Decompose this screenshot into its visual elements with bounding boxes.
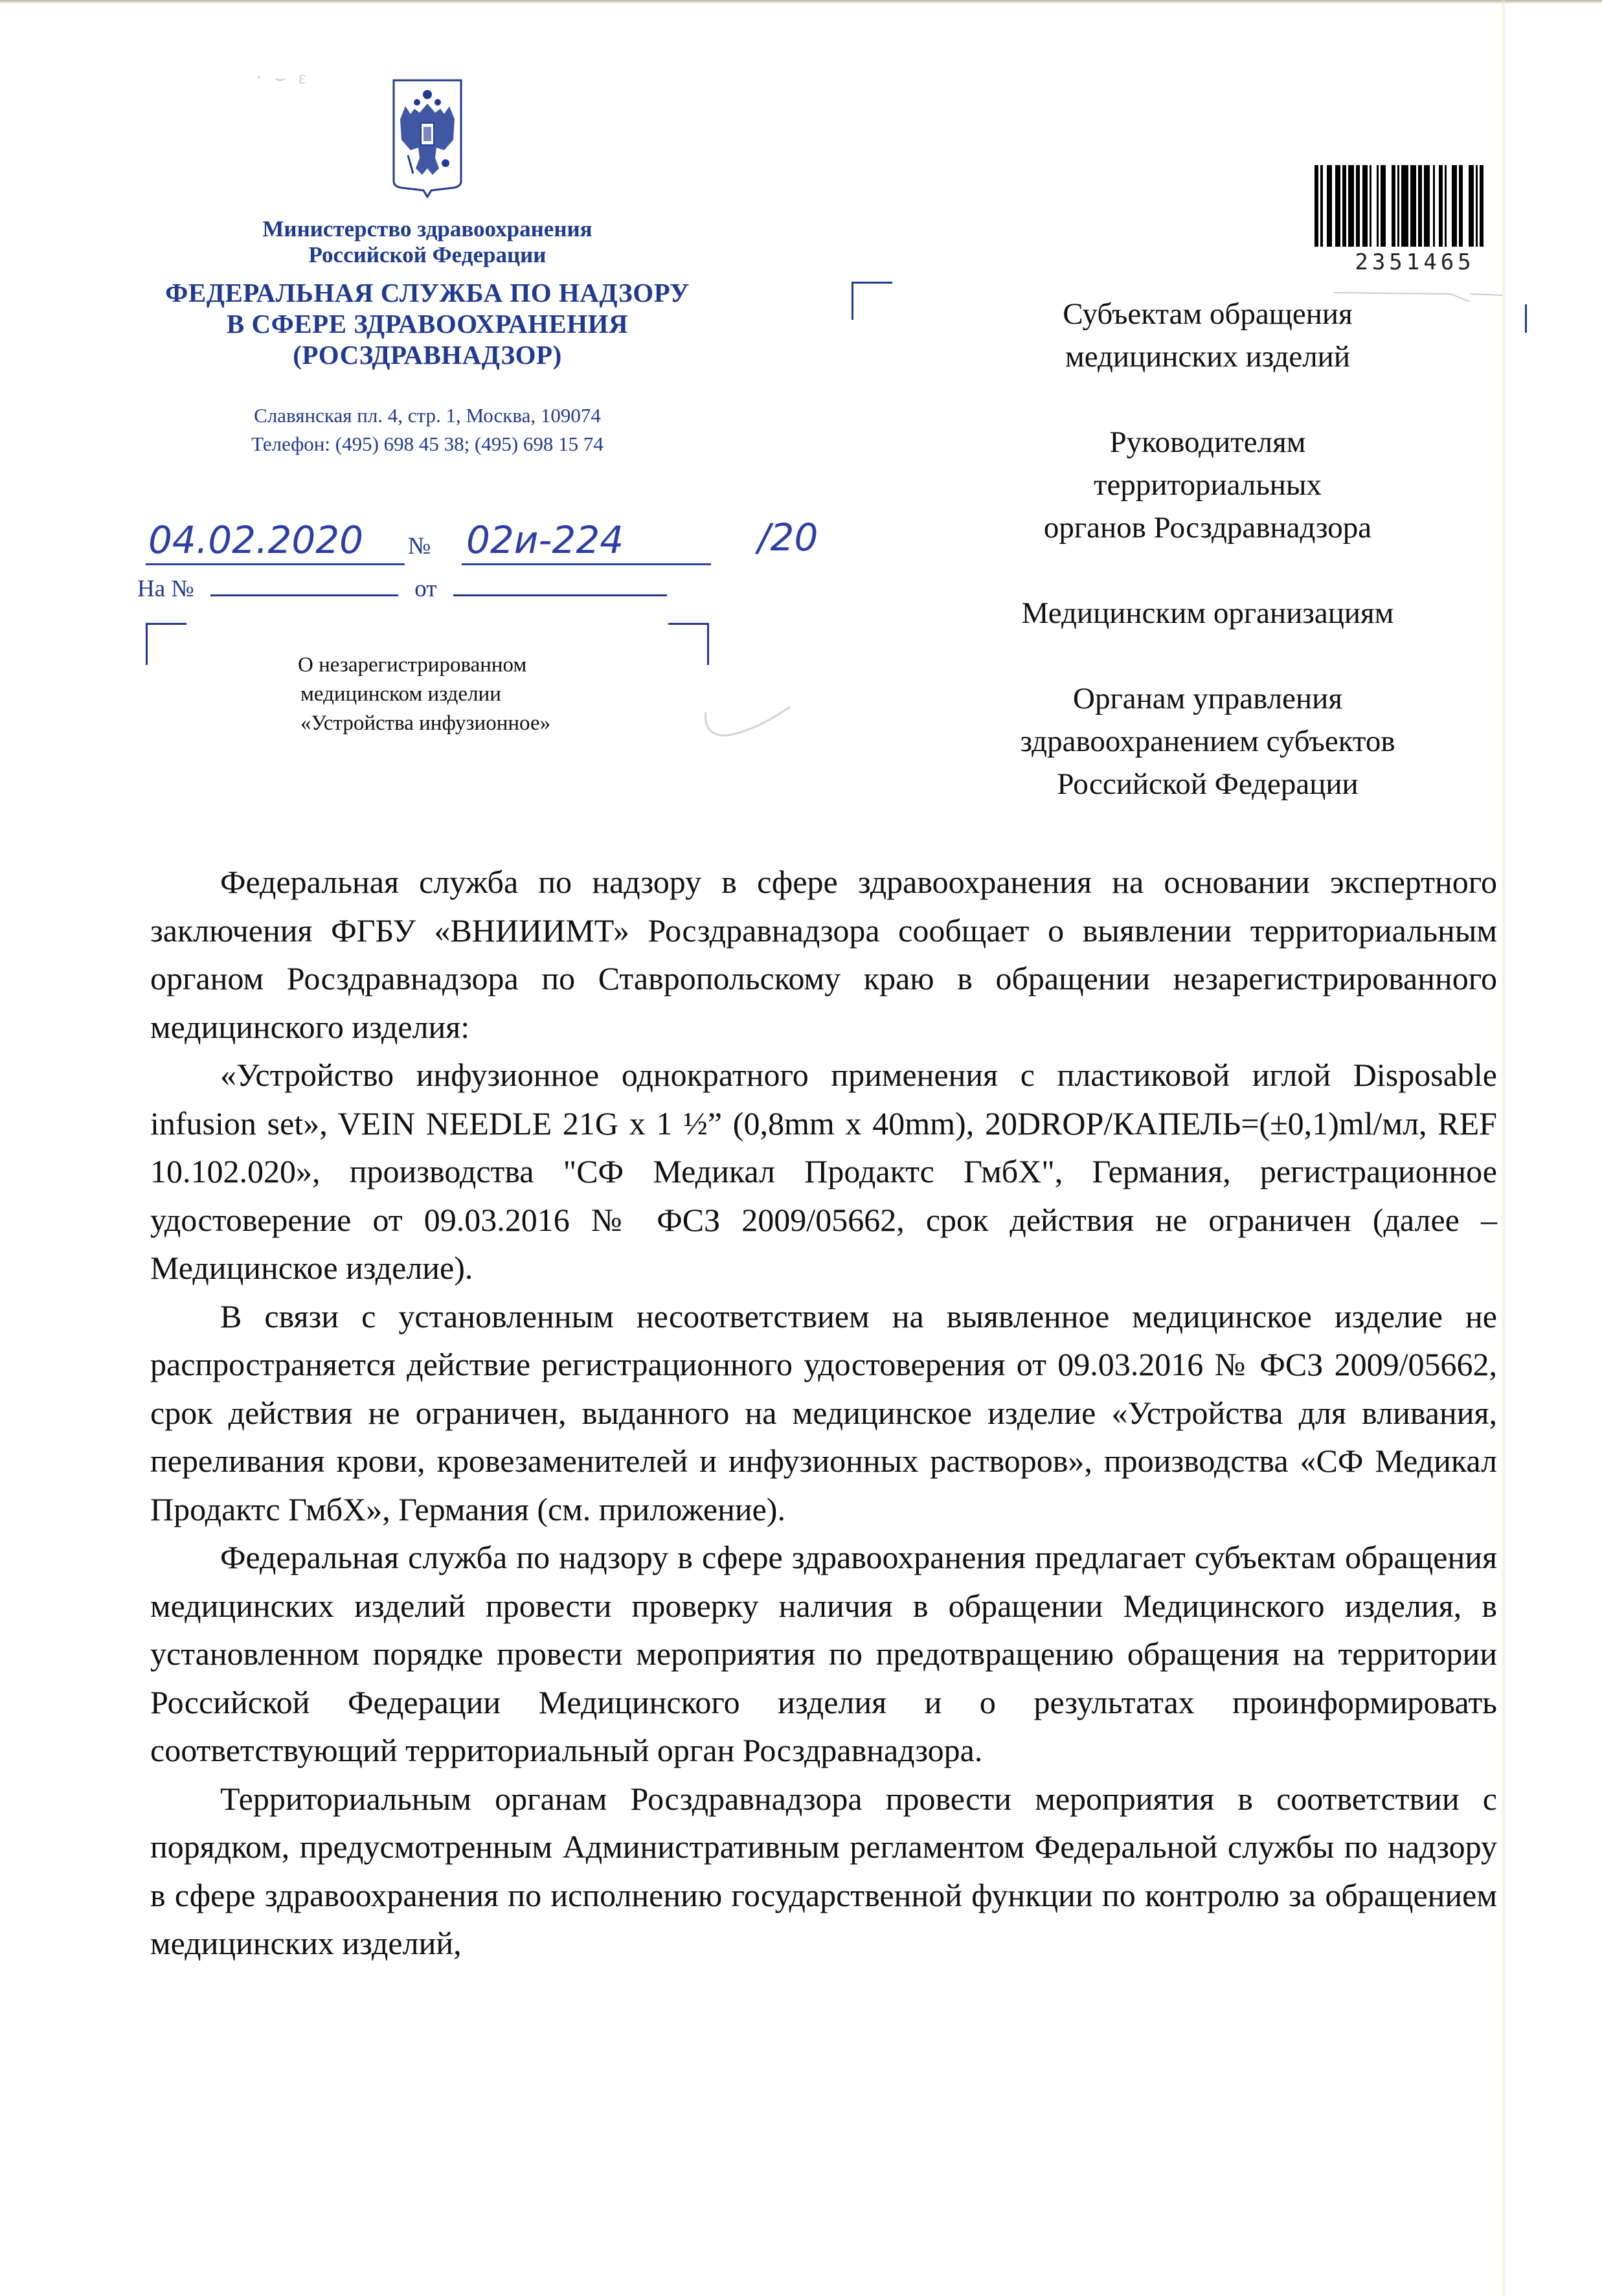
addressee-bracket-left bbox=[852, 282, 892, 320]
barcode-bars bbox=[1314, 165, 1515, 247]
letterhead: Министерство здравоохранения Российской … bbox=[130, 78, 725, 458]
registration-date: 04.02.2020 bbox=[148, 518, 363, 562]
addressee-group: Органам управления здравоохранением субъ… bbox=[932, 677, 1483, 805]
number-underline bbox=[462, 563, 711, 565]
date-underline bbox=[146, 563, 405, 565]
number-sign: № bbox=[408, 532, 431, 560]
service-name: ФЕДЕРАЛЬНАЯ СЛУЖБА ПО НАДЗОРУ В СФЕРЕ ЗД… bbox=[130, 277, 725, 370]
registration-number: 02и-224 bbox=[466, 518, 624, 562]
service-address: Славянская пл. 4, стр. 1, Москва, 109074… bbox=[130, 401, 725, 458]
registration-number-suffix: /20 bbox=[758, 515, 818, 559]
reply-number-label: На № bbox=[137, 576, 194, 602]
body-paragraph: В связи с установленным несоответствием … bbox=[150, 1292, 1497, 1534]
body-paragraph: Федеральная служба по надзору в сфере зд… bbox=[150, 1533, 1497, 1775]
body-paragraph: Территориальным органам Росздравнадзора … bbox=[150, 1775, 1497, 1968]
address-line: Славянская пл. 4, стр. 1, Москва, 109074 bbox=[130, 401, 725, 430]
letter-subject: О незарегистрированном медицинском издел… bbox=[298, 651, 550, 738]
paper-fold-line bbox=[1501, 0, 1506, 2296]
scan-top-edge bbox=[0, 0, 1602, 4]
addressee-group: Субъектам обращения медицинских изделий bbox=[932, 293, 1483, 378]
coat-of-arms-icon bbox=[391, 78, 464, 198]
addressee-group: Медицинским организациям bbox=[932, 592, 1483, 635]
letter-body: Федеральная служба по надзору в сфере зд… bbox=[150, 858, 1497, 1968]
body-paragraph: Федеральная служба по надзору в сфере зд… bbox=[150, 858, 1497, 1051]
reply-from-label: от bbox=[414, 576, 436, 602]
pencil-scribble bbox=[699, 673, 796, 745]
subject-bracket-right bbox=[668, 623, 709, 665]
document-barcode: 2351465 bbox=[1314, 165, 1515, 275]
phone-line: Телефон: (495) 698 45 38; (495) 698 15 7… bbox=[130, 430, 725, 458]
registration-line: 04.02.2020 № 02и-224 /20 bbox=[146, 518, 858, 576]
reply-date-blank bbox=[453, 594, 667, 596]
reply-number-blank bbox=[210, 594, 398, 596]
subject-bracket-left bbox=[146, 623, 186, 665]
addressee-group: Руководителям территориальных органов Ро… bbox=[932, 421, 1483, 549]
addressee-block: Субъектам обращения медицинских изделий … bbox=[932, 293, 1483, 805]
ministry-name: Министерство здравоохранения Российской … bbox=[130, 216, 725, 268]
body-paragraph: «Устройство инфузионное однократного при… bbox=[150, 1051, 1497, 1292]
barcode-number: 2351465 bbox=[1314, 249, 1515, 275]
reply-reference-line: На № от bbox=[137, 575, 667, 603]
addressee-bracket-right bbox=[1525, 304, 1527, 333]
